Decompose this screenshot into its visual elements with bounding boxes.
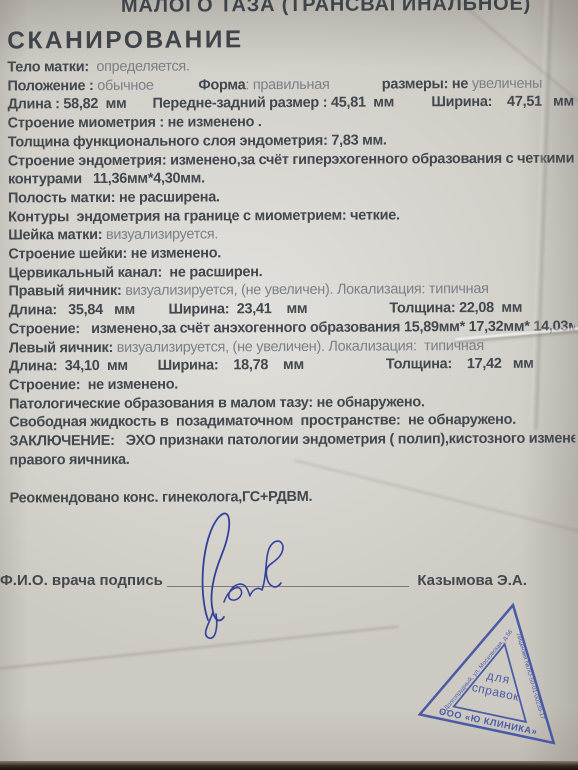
report-line: Длина: 34,10 мм Ширина: 18,78 мм Толщина…	[9, 355, 575, 377]
report-line: ЗАКЛЮЧЕНИЕ: ЭХО признаки патологии эндом…	[9, 430, 575, 452]
report-text-segment: Толщина функционального слоя эндометрия:…	[8, 132, 387, 150]
report-text-segment: ЗАКЛЮЧЕНИЕ: ЭХО признаки патологии эндом…	[9, 430, 575, 449]
report-text-segment: Строение: изменено,за счёт анэхогенного …	[9, 318, 575, 337]
report-text-segment: Длина : 58,82 мм Передне-задний размер :…	[8, 94, 574, 113]
report-title-line2: СКАНИРОВАНИЕ	[7, 26, 244, 55]
report-text-segment: Свободная жидкость в позадиматочном прос…	[9, 412, 516, 431]
report-text-segment: Строение: не изменено.	[9, 377, 178, 394]
report-line: правого яичника.	[9, 448, 575, 470]
report-text-segment: Строение миометрия : не изменено .	[8, 114, 262, 131]
report-text-segment: Форма	[198, 77, 245, 93]
report-line: Строение эндометрия: изменено,за счёт ги…	[8, 149, 574, 171]
report-text-segment: Тело матки:	[7, 59, 96, 75]
stamp-right-edge-text: Лицензия №ЛО-50-01-00239-17	[515, 632, 547, 720]
fio-label: Ф.И.О. врача подпись	[0, 572, 167, 589]
report-text-segment: визуализируется, (не увеличен). Локализа…	[125, 281, 489, 299]
signature-scribble	[168, 504, 293, 642]
report-text-segment: Строение эндометрия: изменено,за счёт ги…	[8, 150, 574, 169]
report-text-segment: правого яичника.	[9, 452, 129, 469]
report-text-segment: Контуры эндометрия на границе с миометри…	[8, 207, 400, 225]
report-text-segment: Патологические образования в малом тазу:…	[9, 394, 425, 412]
scan-report-document: МАЛОГО ТАЗА (ТРАНСВАГИНАЛЬНОЕ) СКАНИРОВА…	[7, 0, 573, 1]
report-text-segment: контурами 11,36мм*4,30мм.	[8, 171, 205, 188]
report-lines: Тело матки: определяется.Положение : обы…	[7, 56, 575, 509]
report-text-segment: размеры: не	[382, 76, 472, 92]
report-text-segment: Положение :	[7, 78, 97, 94]
report-text-segment: Левый яичник:	[9, 339, 117, 356]
report-text-segment: визуализируется, (не увеличен). Локализа…	[117, 338, 484, 356]
report-title-line1: МАЛОГО ТАЗА (ТРАНСВАГИНАЛЬНОЕ)	[7, 0, 573, 18]
photo-bottom-edge	[0, 761, 578, 770]
report-line: Строение: изменено,за счёт анэхогенного …	[9, 317, 575, 339]
report-text-segment: Правый яичник:	[8, 283, 125, 300]
report-text-segment: : правильная	[245, 76, 381, 93]
report-text-segment: визуализируется.	[106, 227, 218, 244]
report-text-segment: Строение шейки: не изменено.	[8, 245, 221, 262]
report-line: Длина : 58,82 мм Передне-задний размер :…	[7, 93, 573, 115]
report-text-segment: Полость матки: не расширена.	[8, 189, 220, 206]
report-text-segment: увеличены	[472, 75, 542, 91]
report-text-segment: определяется.	[96, 59, 189, 75]
report-text-segment: Длина: 35,84 мм Ширина: 23,41 мм Толщина…	[9, 300, 523, 319]
report-text-segment: Шейка матки:	[8, 227, 106, 244]
report-text-segment: Длина: 34,10 мм Ширина: 18,78 мм Толщина…	[9, 356, 534, 375]
report-text-segment: обычное	[97, 77, 198, 94]
report-text-segment: Цервикальный канал: не расширен.	[8, 264, 262, 281]
